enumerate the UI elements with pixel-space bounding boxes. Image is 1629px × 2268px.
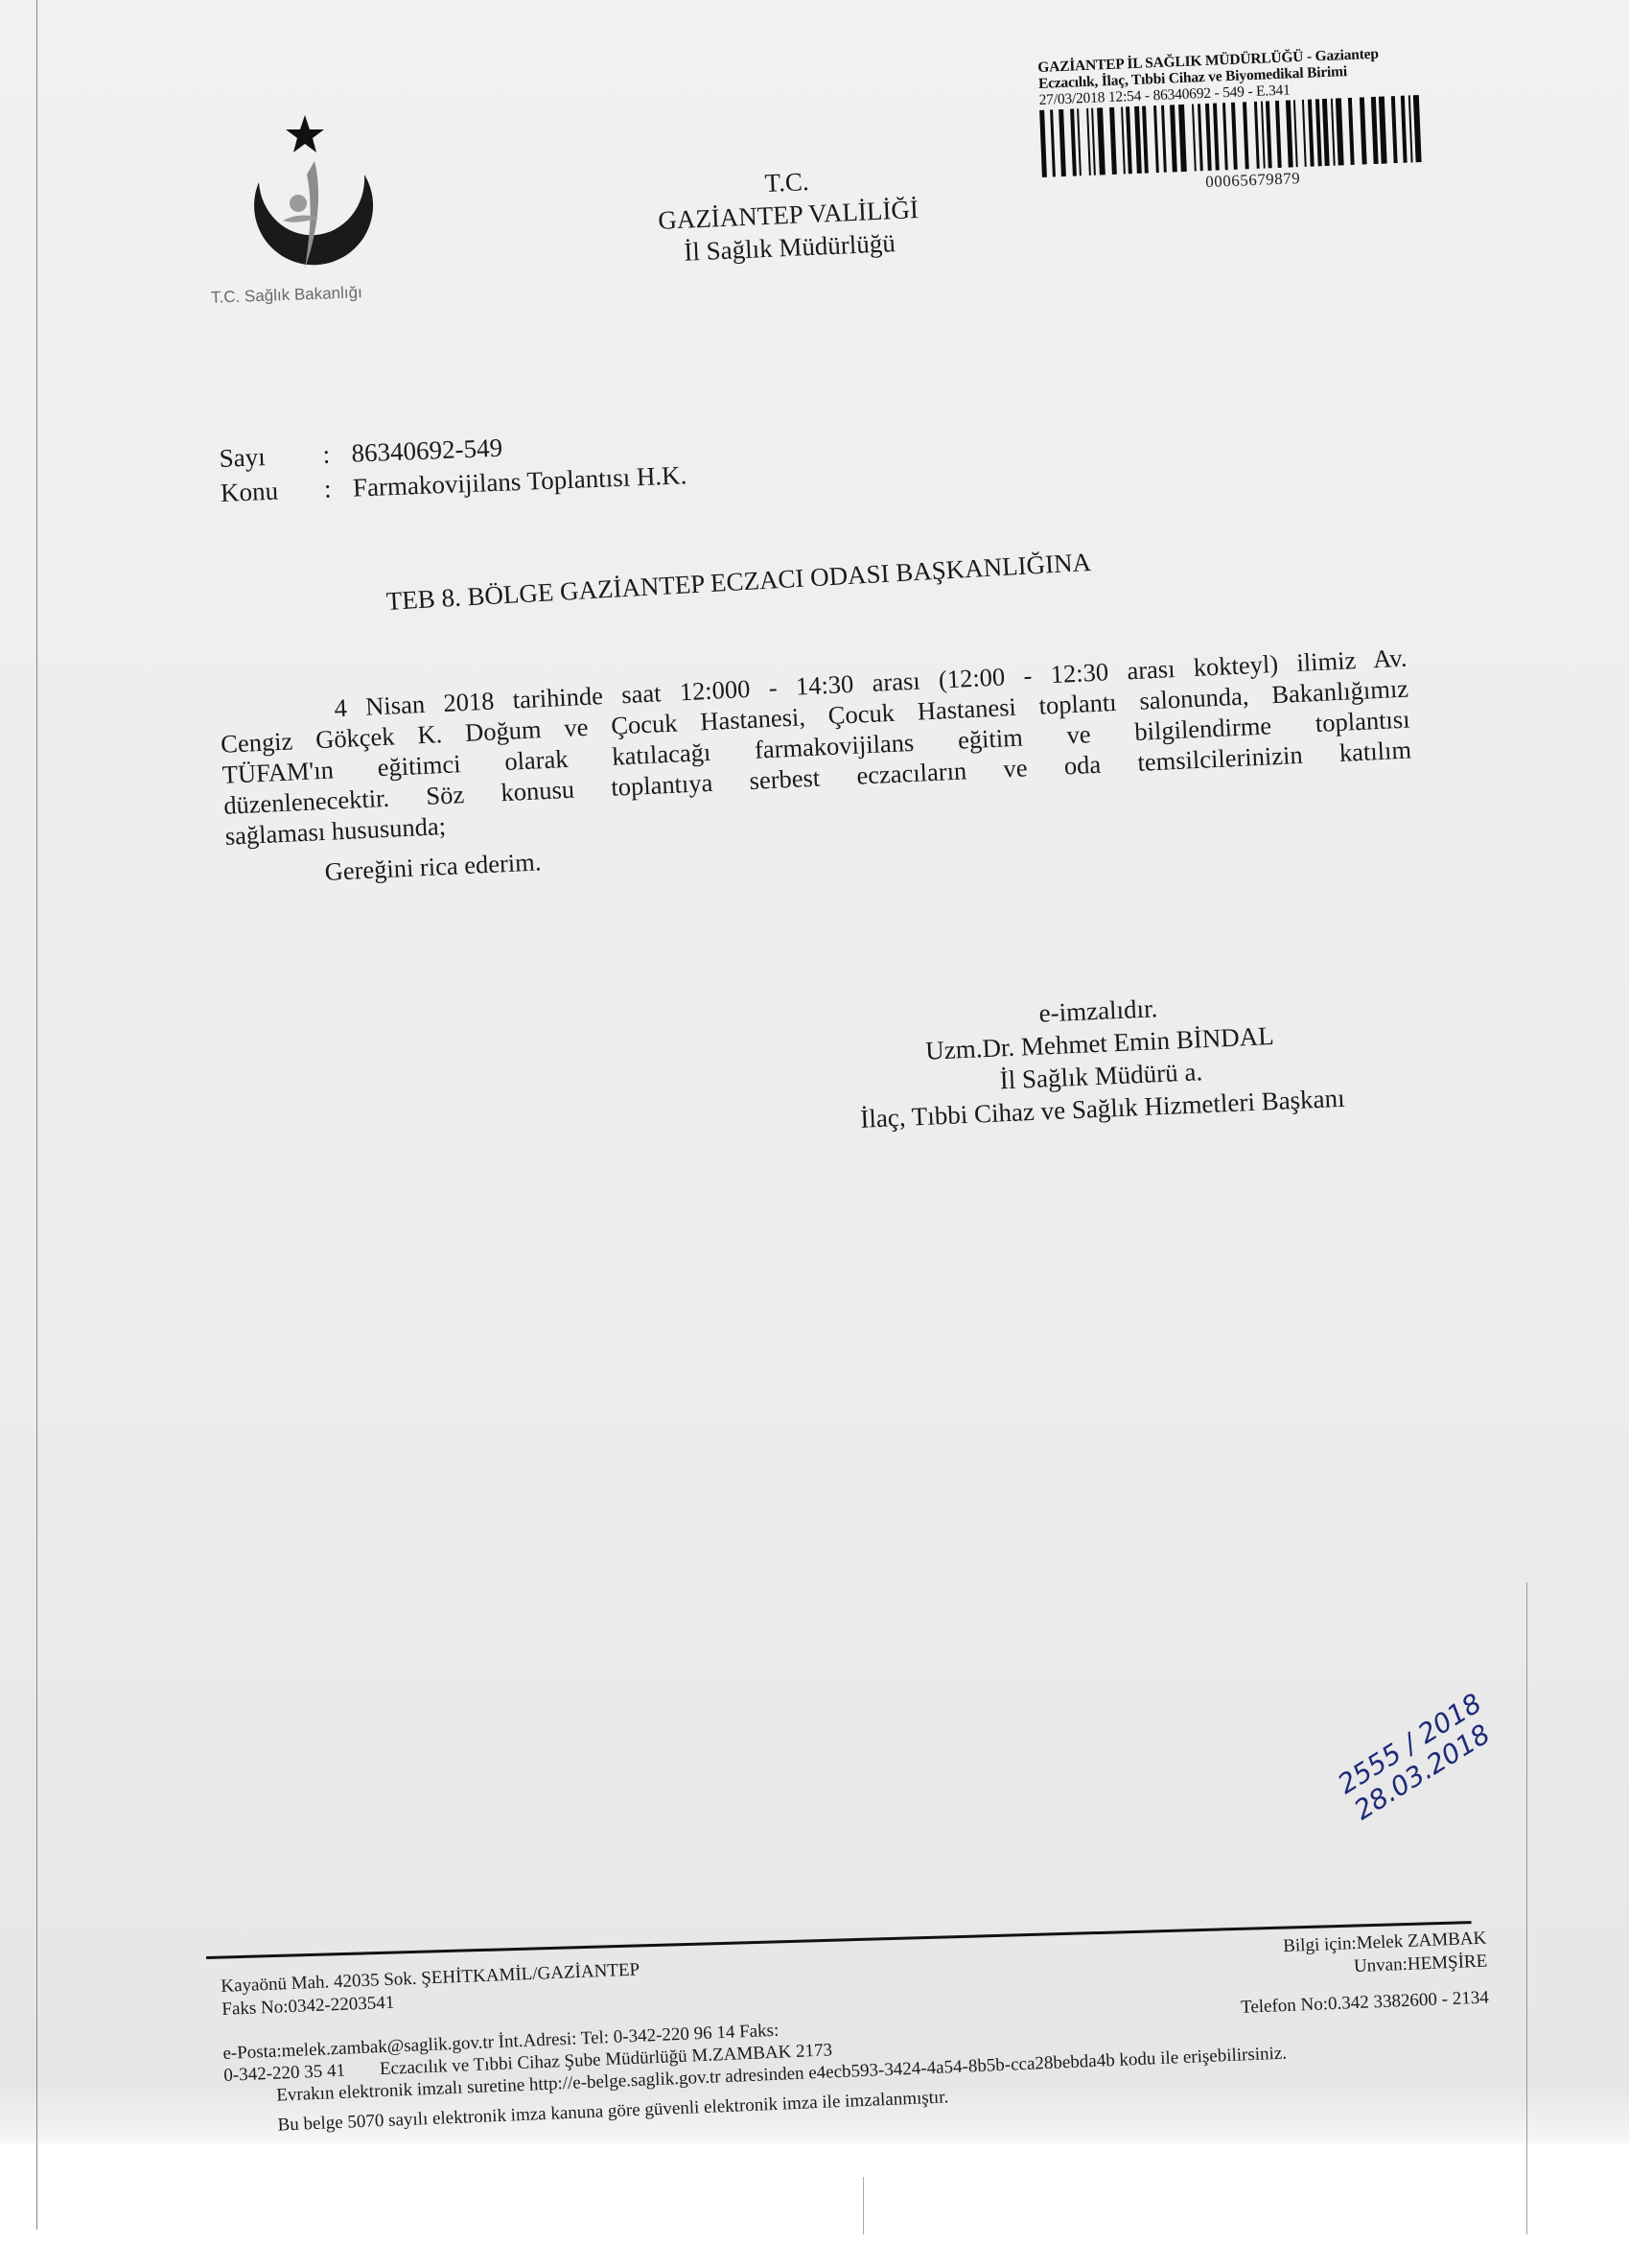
- page-fold-line-bottom: [863, 2177, 864, 2234]
- page-edge-left: [36, 0, 37, 2230]
- page-fold-line: [1526, 1582, 1527, 2234]
- document-header: T.C. GAZİANTEP VALİLİĞİ İl Sağlık Müdürl…: [633, 159, 943, 270]
- konu-separator: :: [323, 471, 353, 506]
- sayi-label: Sayı: [219, 437, 323, 476]
- ministry-of-health-crescent-star-icon: [230, 105, 393, 297]
- signature-block: e-imzalıdır. Uzm.Dr. Mehmet Emin BİNDAL …: [810, 982, 1390, 1137]
- konu-label: Konu: [220, 472, 324, 510]
- sayi-value: 86340692-549: [351, 431, 503, 471]
- barcode-stamp: GAZİANTEP İL SAĞLIK MÜDÜRLÜĞÜ - Gaziante…: [1037, 44, 1425, 199]
- scanned-page: [0, 0, 1629, 2268]
- sayi-separator: :: [322, 436, 352, 472]
- barcode-icon: [1039, 95, 1424, 177]
